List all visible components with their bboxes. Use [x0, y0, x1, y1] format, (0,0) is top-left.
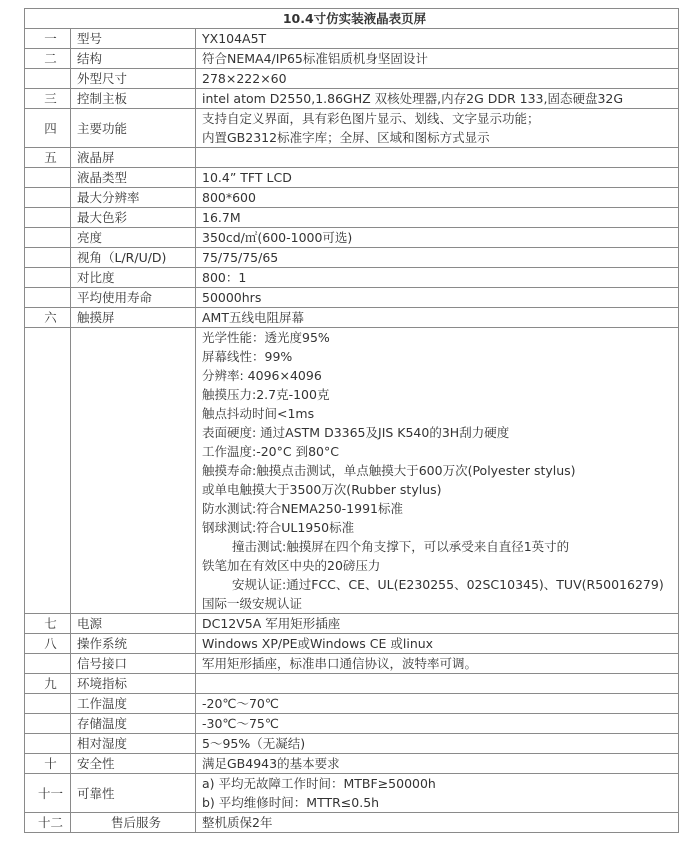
value-line: 国际一级安规认证: [202, 594, 678, 613]
row-value: intel atom D2550,1.86GHZ 双核处理器,内存2G DDR …: [196, 89, 679, 109]
value-line: 触摸寿命:触摸点击测试，单点触摸大于600万次(Polyester stylus…: [202, 461, 678, 480]
row-label: 最大分辨率: [71, 188, 196, 208]
row-number: [25, 248, 71, 268]
row-number: 八: [25, 634, 71, 654]
row-label: 平均使用寿命: [71, 288, 196, 308]
row-number: [25, 268, 71, 288]
row-number: 五: [25, 148, 71, 168]
table-row: 十 安全性 满足GB4943的基本要求: [25, 754, 679, 774]
row-label: 主要功能: [71, 109, 196, 148]
row-label: 液晶屏: [71, 148, 196, 168]
row-number: 九: [25, 674, 71, 694]
row-label: 存储温度: [71, 714, 196, 734]
row-label: 工作温度: [71, 694, 196, 714]
value-line: 触摸压力:2.7克-100克: [202, 385, 678, 404]
row-label: 操作系统: [71, 634, 196, 654]
row-value: -30℃～75℃: [196, 714, 679, 734]
row-label: [71, 328, 196, 614]
row-number: 十: [25, 754, 71, 774]
row-label: 环境指标: [71, 674, 196, 694]
row-number: 一: [25, 29, 71, 49]
row-value: DC12V5A 军用矩形插座: [196, 614, 679, 634]
row-label: 液晶类型: [71, 168, 196, 188]
value-line: 安规认证:通过FCC、CE、UL(E230255、02SC10345)、TUV(…: [202, 575, 678, 594]
row-number: [25, 188, 71, 208]
value-line: 或单电触摸大于3500万次(Rubber stylus): [202, 480, 678, 499]
value-line: 光学性能：透光度95%: [202, 328, 678, 347]
table-row: 视角（L/R/U/D) 75/75/75/65: [25, 248, 679, 268]
row-value: 符合NEMA4/IP65标准铝质机身坚固设计: [196, 49, 679, 69]
row-number: [25, 328, 71, 614]
spec-table: 10.4寸仿实装液晶表页屏 一 型号 YX104A5T 二 结构 符合NEMA4…: [24, 8, 679, 833]
row-label: 最大色彩: [71, 208, 196, 228]
table-row: 液晶类型 10.4” TFT LCD: [25, 168, 679, 188]
table-row: 六 触摸屏 AMT五线电阻屏幕: [25, 308, 679, 328]
value-line: 撞击测试:触摸屏在四个角支撑下，可以承受来自直径1英寸的: [202, 537, 678, 556]
row-value: 5～95%（无凝结): [196, 734, 679, 754]
row-value: 军用矩形插座，标准串口通信协议，波特率可调。: [196, 654, 679, 674]
row-value: 800：1: [196, 268, 679, 288]
table-row: 存储温度 -30℃～75℃: [25, 714, 679, 734]
row-label: 型号: [71, 29, 196, 49]
value-line: 表面硬度: 通过ASTM D3365及JIS K540的3H刮力硬度: [202, 423, 678, 442]
value-line: a) 平均无故障工作时间：MTBF≥50000h: [202, 774, 678, 793]
row-number: [25, 694, 71, 714]
table-row: 七 电源 DC12V5A 军用矩形插座: [25, 614, 679, 634]
row-label: 外型尺寸: [71, 69, 196, 89]
row-label: 亮度: [71, 228, 196, 248]
row-value: 光学性能：透光度95% 屏幕线性：99% 分辨率: 4096×4096 触摸压力…: [196, 328, 679, 614]
row-number: [25, 69, 71, 89]
table-row: 三 控制主板 intel atom D2550,1.86GHZ 双核处理器,内存…: [25, 89, 679, 109]
row-number: [25, 654, 71, 674]
value-line: 防水测试:符合NEMA250-1991标准: [202, 499, 678, 518]
row-value: a) 平均无故障工作时间：MTBF≥50000h b) 平均维修时间：MTTR≤…: [196, 774, 679, 813]
table-row: 最大色彩 16.7M: [25, 208, 679, 228]
row-number: 二: [25, 49, 71, 69]
row-value: -20℃～70℃: [196, 694, 679, 714]
row-label: 售后服务: [71, 813, 196, 833]
row-number: [25, 228, 71, 248]
row-value: 10.4” TFT LCD: [196, 168, 679, 188]
row-value: [196, 148, 679, 168]
row-label: 安全性: [71, 754, 196, 774]
table-row: 四 主要功能 支持自定义界面，具有彩色图片显示、划线、文字显示功能； 内置GB2…: [25, 109, 679, 148]
value-line: 屏幕线性：99%: [202, 347, 678, 366]
row-number: [25, 208, 71, 228]
row-value: Windows XP/PE或Windows CE 或linux: [196, 634, 679, 654]
table-row: 十一 可靠性 a) 平均无故障工作时间：MTBF≥50000h b) 平均维修时…: [25, 774, 679, 813]
row-number: 四: [25, 109, 71, 148]
row-value: 278×222×60: [196, 69, 679, 89]
value-line: 内置GB2312标准字库；全屏、区域和图标方式显示: [202, 128, 678, 147]
table-row: 相对湿度 5～95%（无凝结): [25, 734, 679, 754]
row-value: 75/75/75/65: [196, 248, 679, 268]
table-row: 二 结构 符合NEMA4/IP65标准铝质机身坚固设计: [25, 49, 679, 69]
row-label: 视角（L/R/U/D): [71, 248, 196, 268]
value-line: 触点抖动时间<1ms: [202, 404, 678, 423]
row-label: 控制主板: [71, 89, 196, 109]
row-label: 信号接口: [71, 654, 196, 674]
row-value: [196, 674, 679, 694]
row-number: 七: [25, 614, 71, 634]
row-number: 十一: [25, 774, 71, 813]
table-row: 平均使用寿命 50000hrs: [25, 288, 679, 308]
row-label: 可靠性: [71, 774, 196, 813]
table-row: 对比度 800：1: [25, 268, 679, 288]
table-row-touch-specs: 光学性能：透光度95% 屏幕线性：99% 分辨率: 4096×4096 触摸压力…: [25, 328, 679, 614]
value-line: 分辨率: 4096×4096: [202, 366, 678, 385]
row-value: 350cd/㎡(600-1000可选): [196, 228, 679, 248]
value-line: 铁笔加在有效区中央的20磅压力: [202, 556, 678, 575]
row-value: 满足GB4943的基本要求: [196, 754, 679, 774]
row-number: 十二: [25, 813, 71, 833]
row-value: 支持自定义界面，具有彩色图片显示、划线、文字显示功能； 内置GB2312标准字库…: [196, 109, 679, 148]
row-number: [25, 714, 71, 734]
table-row: 九 环境指标: [25, 674, 679, 694]
row-value: YX104A5T: [196, 29, 679, 49]
table-row: 一 型号 YX104A5T: [25, 29, 679, 49]
row-number: [25, 288, 71, 308]
row-value: 800*600: [196, 188, 679, 208]
row-value: 16.7M: [196, 208, 679, 228]
row-number: [25, 734, 71, 754]
row-label: 结构: [71, 49, 196, 69]
row-value: 50000hrs: [196, 288, 679, 308]
table-row: 最大分辨率 800*600: [25, 188, 679, 208]
table-row: 信号接口 军用矩形插座，标准串口通信协议，波特率可调。: [25, 654, 679, 674]
table-row: 亮度 350cd/㎡(600-1000可选): [25, 228, 679, 248]
row-value: 整机质保2年: [196, 813, 679, 833]
table-row: 五 液晶屏: [25, 148, 679, 168]
table-title: 10.4寸仿实装液晶表页屏: [25, 9, 679, 29]
table-row: 外型尺寸 278×222×60: [25, 69, 679, 89]
row-label: 电源: [71, 614, 196, 634]
row-number: [25, 168, 71, 188]
row-number: 三: [25, 89, 71, 109]
value-line: 工作温度:-20°C 到80°C: [202, 442, 678, 461]
row-label: 触摸屏: [71, 308, 196, 328]
row-number: 六: [25, 308, 71, 328]
value-line: b) 平均维修时间：MTTR≤0.5h: [202, 793, 678, 812]
row-label: 相对湿度: [71, 734, 196, 754]
table-row: 工作温度 -20℃～70℃: [25, 694, 679, 714]
value-line: 支持自定义界面，具有彩色图片显示、划线、文字显示功能；: [202, 109, 678, 128]
table-row: 十二 售后服务 整机质保2年: [25, 813, 679, 833]
table-row: 八 操作系统 Windows XP/PE或Windows CE 或linux: [25, 634, 679, 654]
row-label: 对比度: [71, 268, 196, 288]
value-line: 钢球测试:符合UL1950标准: [202, 518, 678, 537]
row-value: AMT五线电阻屏幕: [196, 308, 679, 328]
